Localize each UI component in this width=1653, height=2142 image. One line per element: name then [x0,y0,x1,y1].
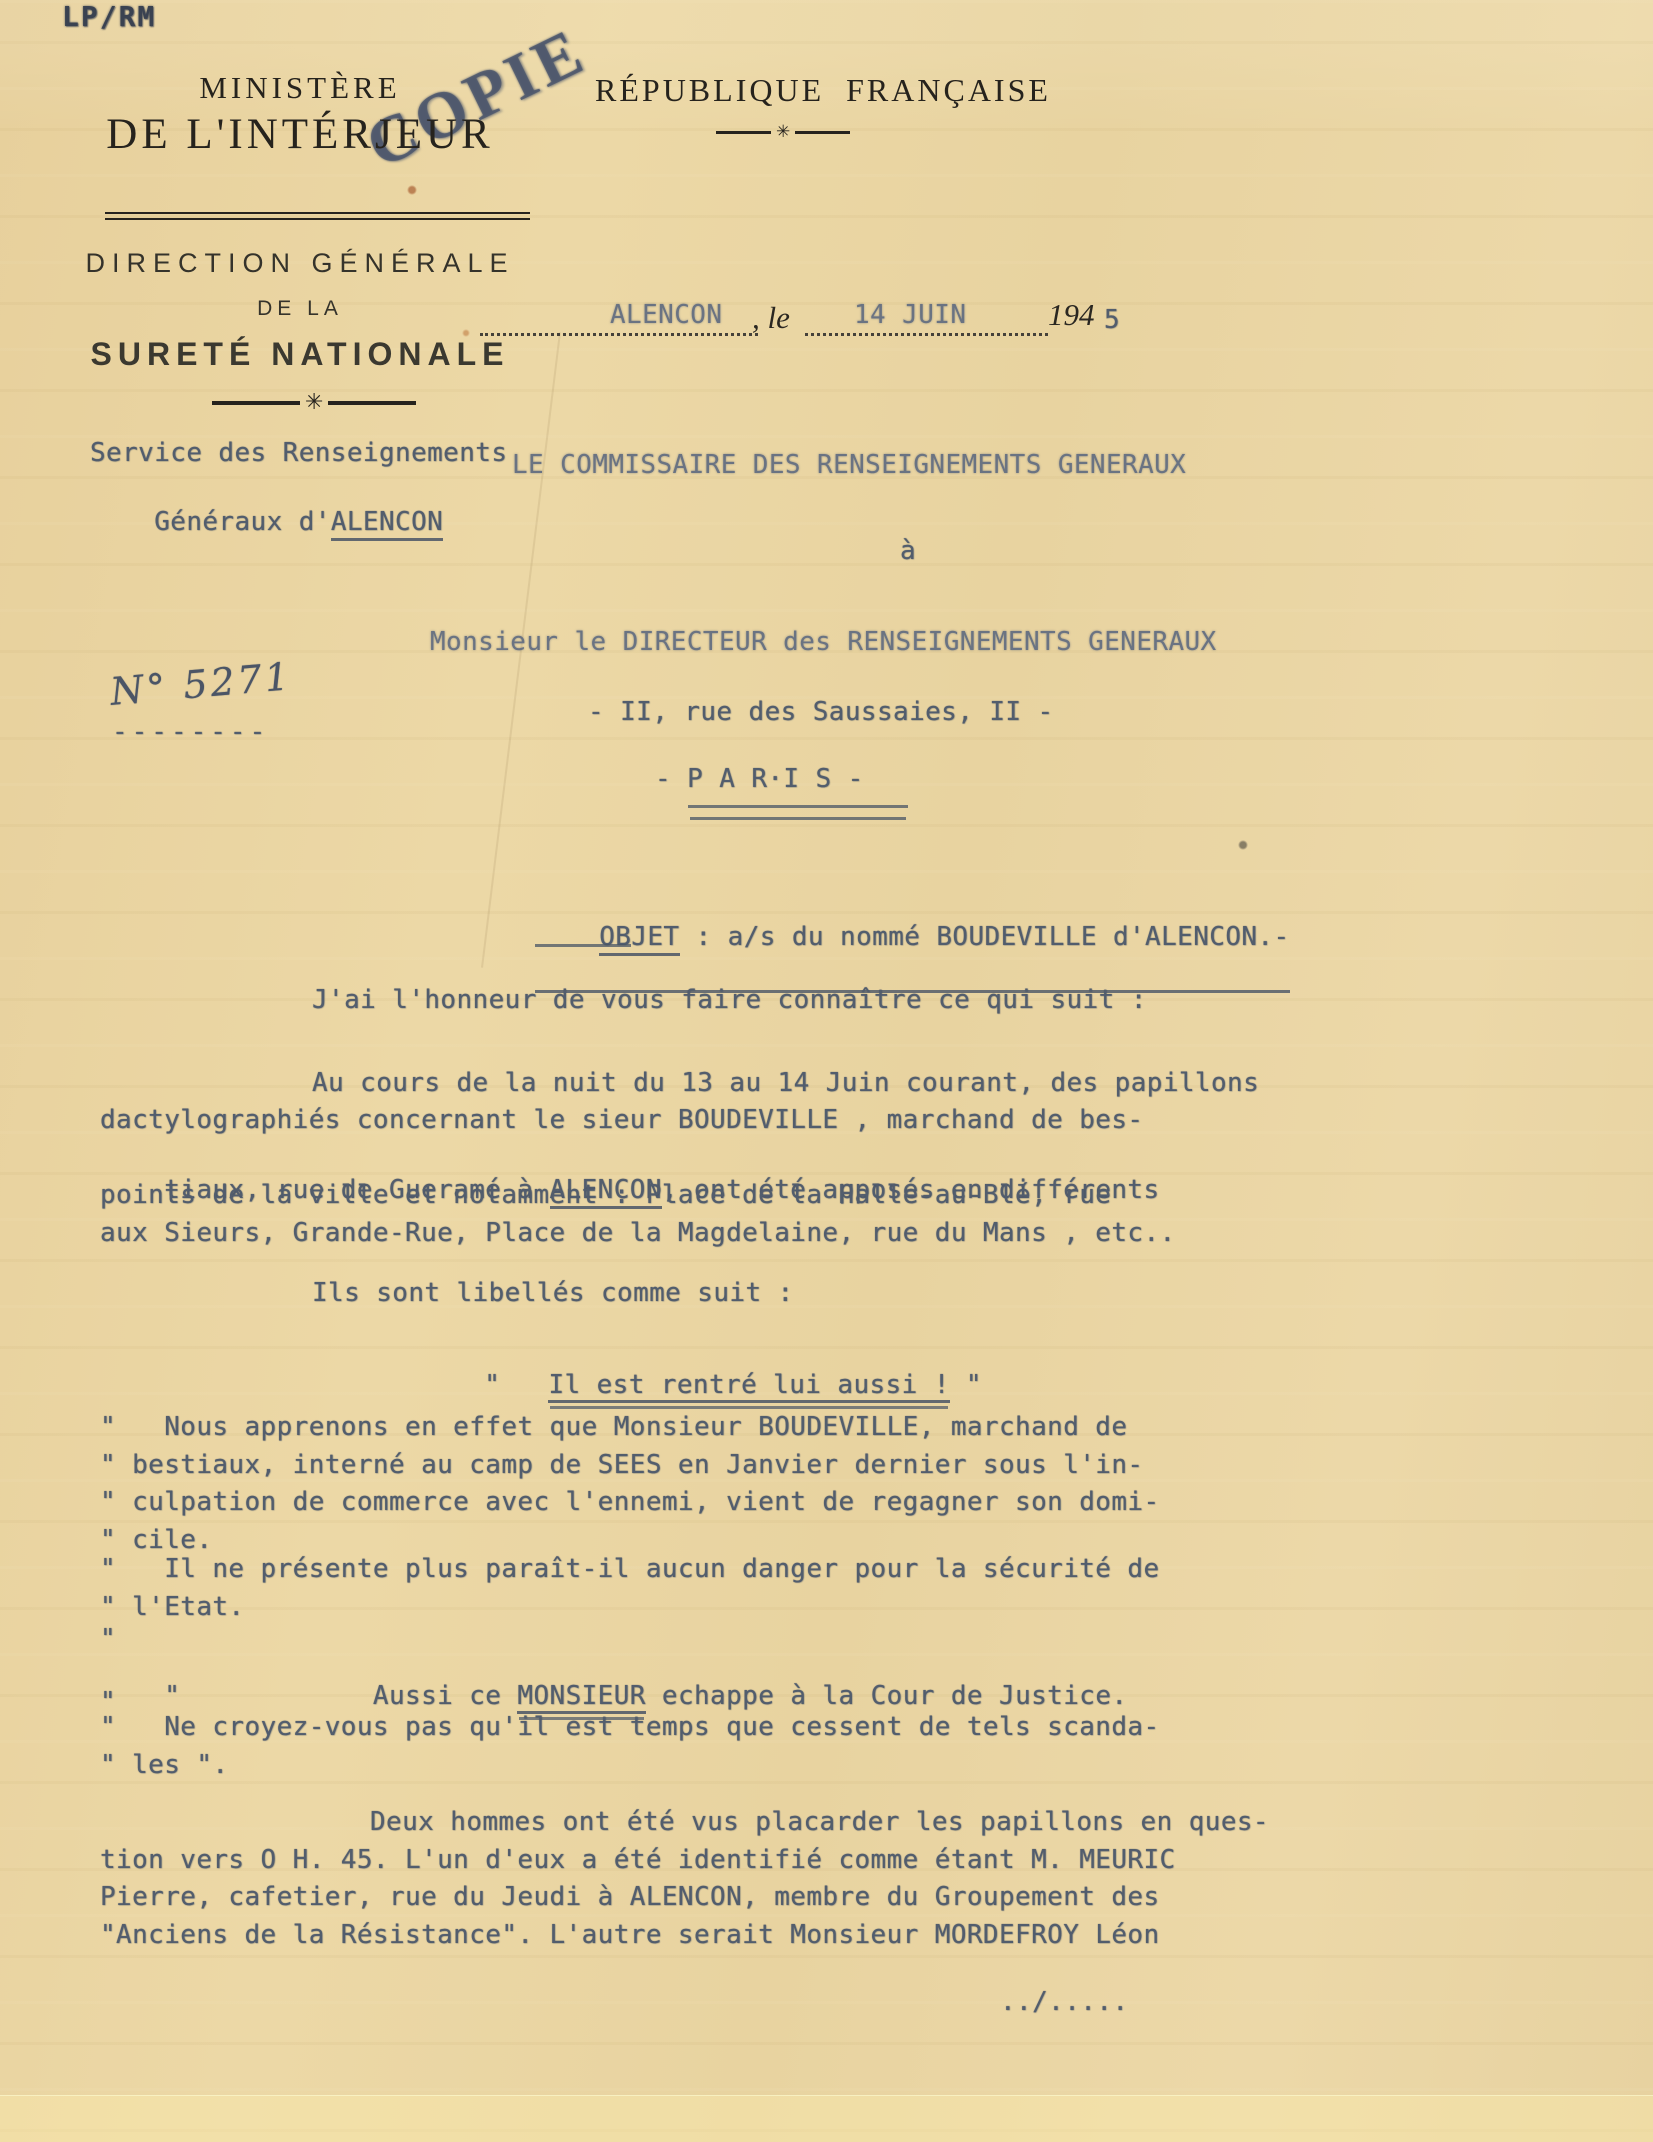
republique-star-rule: ✳ [716,124,850,141]
objet-label: OBJET [599,922,679,956]
slogan-close-quote: " [950,1370,982,1400]
dotted-rule [480,333,758,336]
asterisk-icon: ✳ [300,392,328,414]
quote-line: " Ne croyez-vous pas qu'il est temps que… [100,1711,1160,1743]
quote-line: " cile. [100,1524,212,1556]
ministry-title-line1: MINISTÈRE [75,70,525,106]
paris-underline-1 [688,805,908,808]
dateline: , le 194 ALENCON 14 JUIN 5 [480,296,1145,344]
rule-bar [212,401,300,405]
body-line: points de la ville et notamment : Place … [100,1179,1111,1211]
ministry-title-line2: DE L'INTÉRJEUR [60,110,540,159]
body-line: Ils sont libellés comme suit : [312,1277,794,1309]
document-number: N° 5271 [108,654,293,714]
rule-bar [328,401,416,405]
recipient-city: - P A R·I S - [655,763,864,795]
quote-line: " bestiaux, interné au camp de SEES en J… [100,1449,1143,1481]
continuation-mark: ../..... [1000,1986,1128,2018]
de-la: DE LA [75,297,525,321]
letterhead-double-rule [105,212,530,220]
quote-line: " l'Etat. [100,1591,244,1623]
asterisk-icon: ✳ [771,124,795,141]
slogan-underlined: Il est rentré lui aussi ! [548,1370,949,1403]
quote-line: " culpation de commerce avec l'ennemi, v… [100,1486,1160,1518]
sender-line2-pre: Généraux d' [154,507,331,537]
body-line: dactylographiés concernant le sieur BOUD… [100,1104,1143,1136]
republique-francaise: RÉPUBLIQUE FRANÇAISE [595,72,1051,109]
dateline-le: , le [752,300,790,336]
quote-segment: echappe à la Cour de Justice. [646,1681,1128,1711]
body-line: Deux hommes ont été vus placarder les pa… [370,1806,1269,1838]
recipient-a: à [900,535,916,567]
paris-underline-2 [690,817,906,820]
slogan-open-quote: " [484,1370,548,1400]
objet-text: : a/s du nommé [680,922,937,952]
body-line: Au cours de la nuit du 13 au 14 Juin cou… [312,1067,1259,1099]
from-title: LE COMMISSAIRE DES RENSEIGNEMENTS GENERA… [512,449,1186,481]
recipient-address: - II, rue des Saussaies, II - [588,696,1054,728]
body-line: J'ai l'honneur de vous faire connaître c… [312,984,1147,1016]
number-dashes: -------- [112,716,269,748]
quote-segment: " Aussi ce [164,1681,517,1711]
direction-generale: DIRECTION GÉNÉRALE [75,248,525,279]
scanned-letter-page: LP/RM COPIE MINISTÈRE DE L'INTÉRJEUR DIR… [0,0,1653,2142]
monsieur-underlined: MONSIEUR [517,1681,645,1714]
dateline-city: ALENCON [610,299,722,331]
body-line: tion vers O H. 45. L'un d'eux a été iden… [100,1844,1176,1876]
surete-nationale: SURETÉ NATIONALE [75,336,525,373]
body-line: aux Sieurs, Grande-Rue, Place de la Magd… [100,1217,1176,1249]
sender-line2: Généraux d'ALENCON [90,474,443,570]
sender-line1: Service des Renseignements [90,437,507,469]
objet-subject: BOUDEVILLE d'ALENCON.- [936,922,1289,952]
quote-line: " Nous apprenons en effet que Monsieur B… [100,1411,1127,1443]
quote-line: " les ". [100,1749,228,1781]
dotted-rule [805,333,1048,336]
recipient-line: Monsieur le DIRECTEUR des RENSEIGNEMENTS… [430,626,1217,658]
objet-second-underline [535,944,631,947]
dateline-194: 194 [1048,297,1095,333]
body-line: "Anciens de la Résistance". L'autre sera… [100,1919,1160,1951]
objet-line: OBJET : a/s du nommé BOUDEVILLE d'ALENCO… [535,889,1290,993]
rule-bar [795,131,850,134]
bottom-light-band [0,2095,1653,2142]
quote-line: " Il ne présente plus paraît-il aucun da… [100,1553,1160,1585]
body-line: Pierre, cafetier, rue du Jeudi à ALENCON… [100,1881,1160,1913]
reference-initials-stamp: LP/RM [62,0,156,33]
dateline-day-month: 14 JUIN [854,299,966,331]
dateline-year-digit: 5 [1104,304,1120,336]
surete-star-rule: ✳ [212,392,416,414]
rule-bar [716,131,771,134]
sender-city-underlined: ALENCON [331,507,443,541]
